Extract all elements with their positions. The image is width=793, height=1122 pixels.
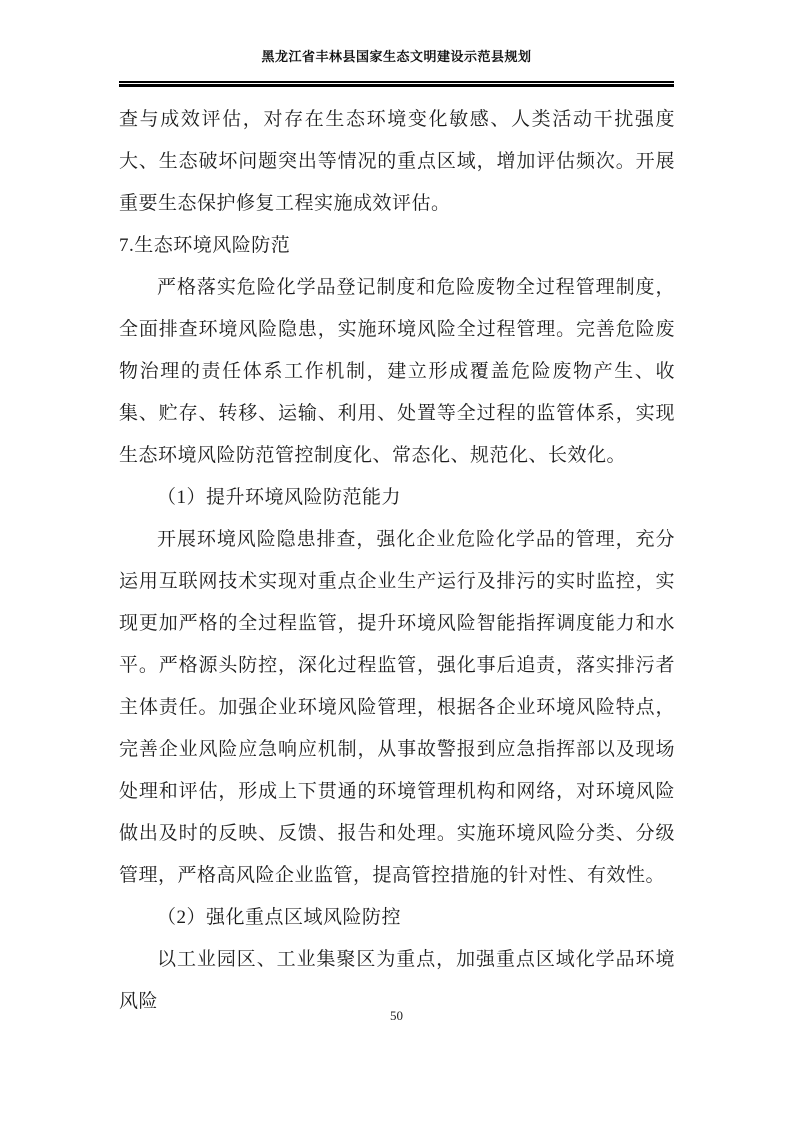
subsection-heading-2: （2）强化重点区域风险防控 (119, 897, 675, 939)
subsection-heading-1: （1）提升环境风险防范能力 (119, 477, 675, 519)
document-page: 黑龙江省丰林县国家生态文明建设示范县规划 查与成效评估，对存在生态环境变化敏感、… (0, 0, 793, 1122)
header-title: 黑龙江省丰林县国家生态文明建设示范县规划 (261, 49, 531, 64)
header-divider (119, 81, 674, 87)
paragraph: 开展环境风险隐患排查，强化企业危险化学品的管理，充分运用互联网技术实现对重点企业… (119, 519, 675, 897)
paragraph: 严格落实危险化学品登记制度和危险废物全过程管理制度，全面排查环境风险隐患，实施环… (119, 267, 675, 477)
header-divider-thick-line (119, 84, 674, 87)
section-heading-7: 7.生态环境风险防范 (119, 225, 675, 267)
page-number: 50 (0, 1008, 793, 1024)
document-body: 查与成效评估，对存在生态环境变化敏感、人类活动干扰强度大、生态破坏问题突出等情况… (119, 99, 675, 1023)
page-header: 黑龙江省丰林县国家生态文明建设示范县规划 (119, 46, 674, 66)
paragraph-continuation: 查与成效评估，对存在生态环境变化敏感、人类活动干扰强度大、生态破坏问题突出等情况… (119, 99, 675, 225)
